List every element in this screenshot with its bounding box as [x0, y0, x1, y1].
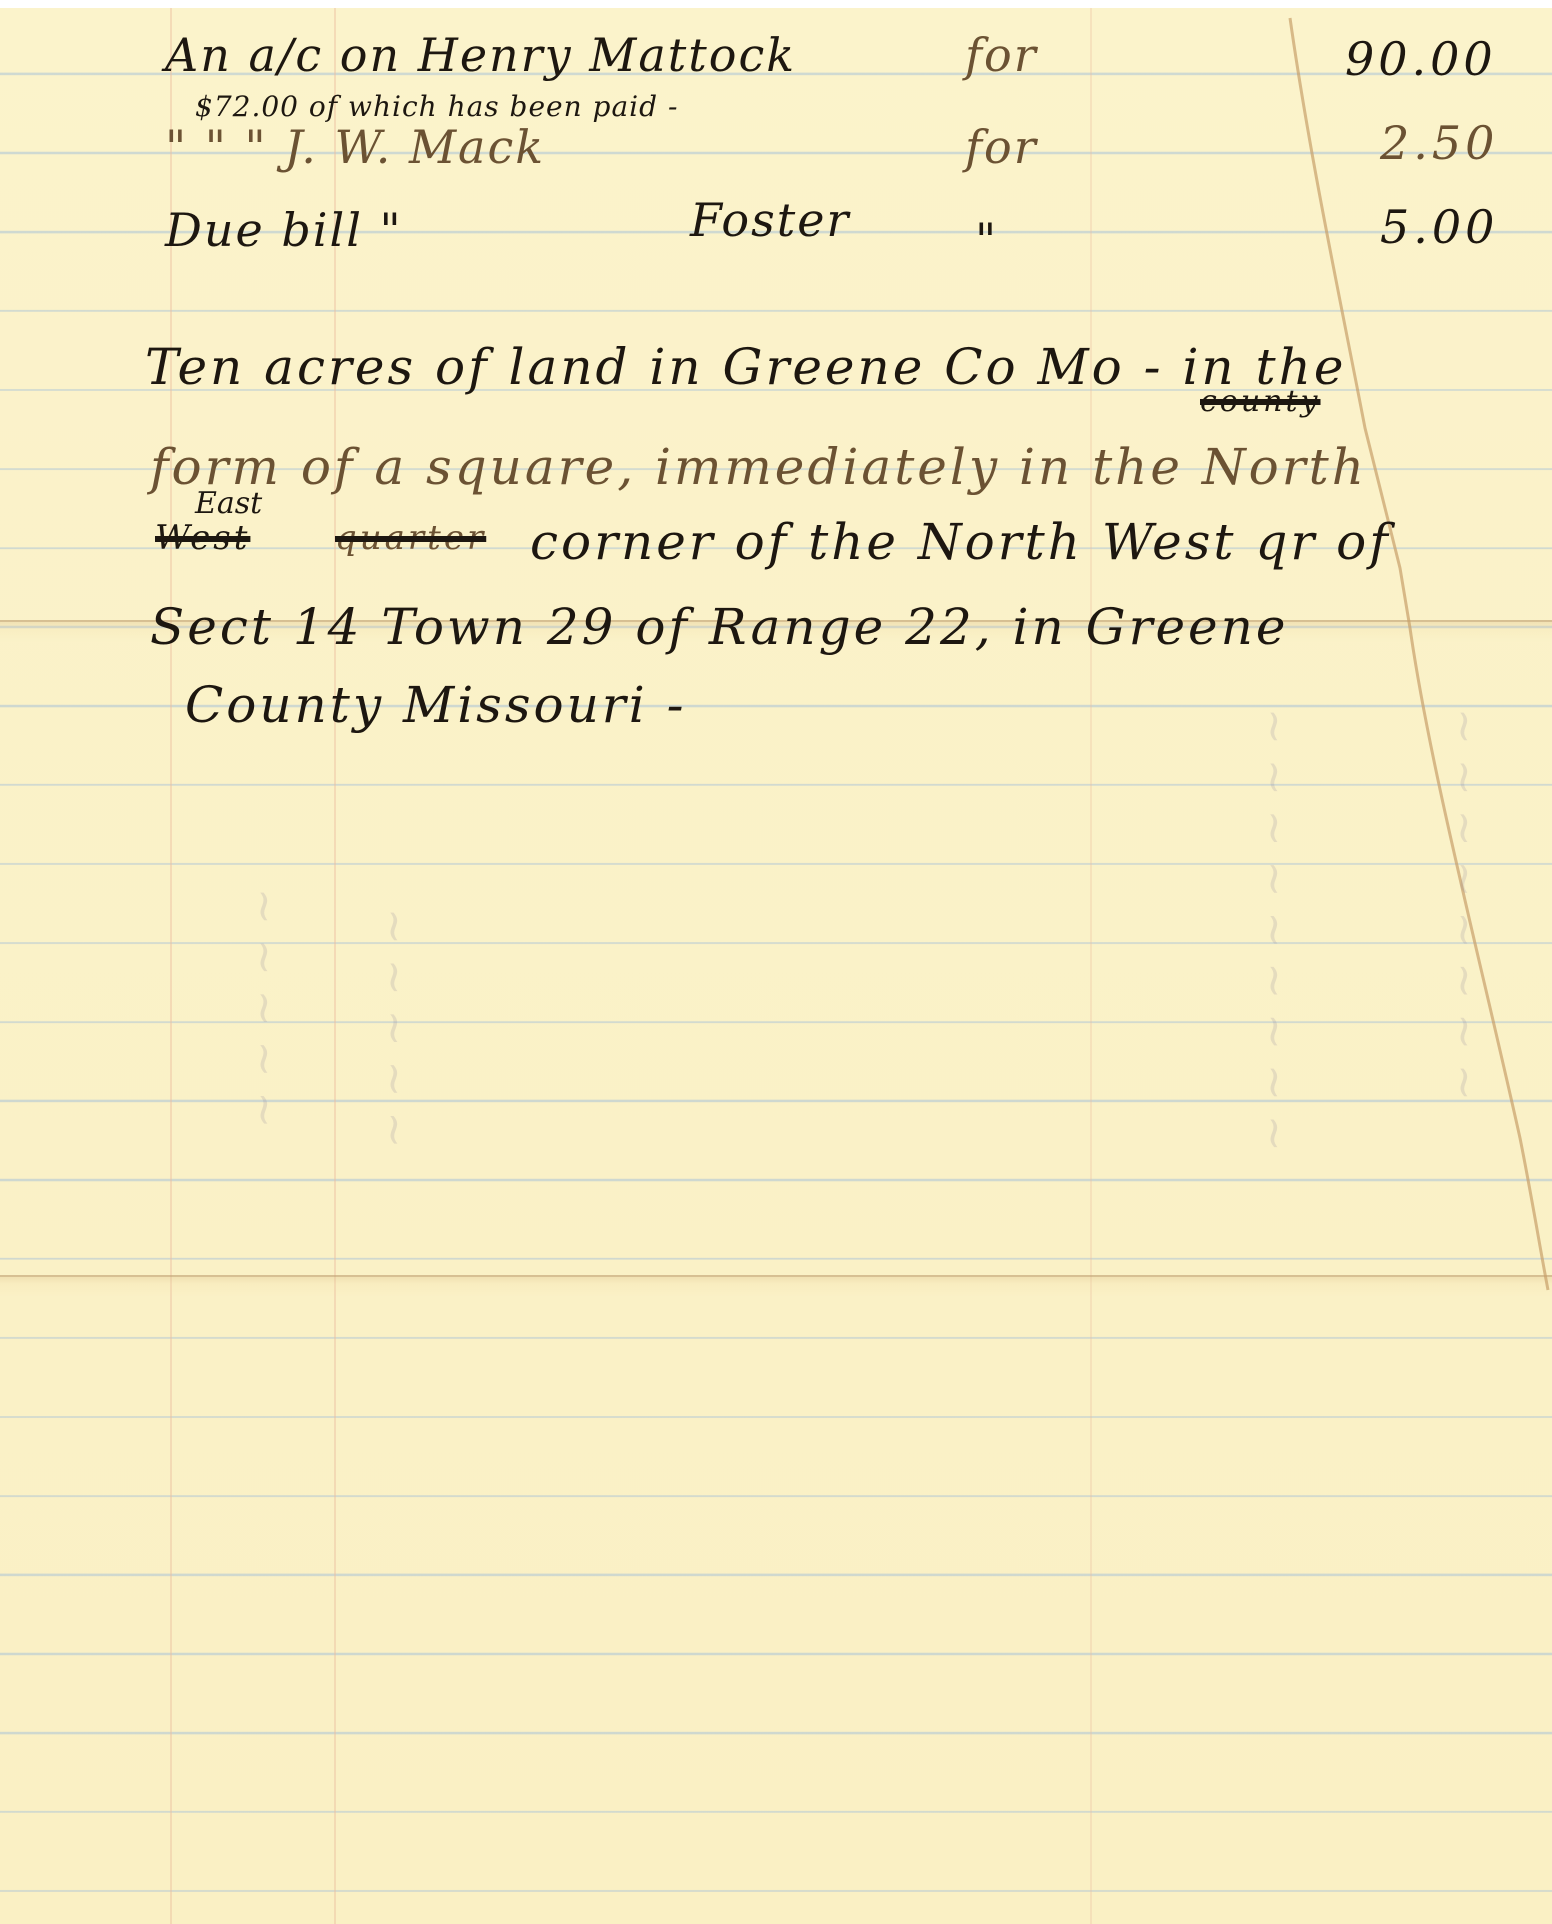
bleed-through-text: ~ ~ ~ ~ ~ ~ ~ ~: [1439, 708, 1490, 1101]
ledger-row-3-amount: 5.00: [1380, 200, 1498, 254]
struck-word-county: county: [1200, 384, 1321, 419]
land-description-line-2: form of a square, immediately in the Nor…: [150, 438, 1367, 496]
land-description-line-4: Sect 14 Town 29 of Range 22, in Greene: [150, 598, 1288, 656]
ledger-row-1-amount: 90.00: [1345, 32, 1497, 86]
ledger-row-1-for: for: [965, 28, 1038, 82]
margin-rule-left: [170, 8, 172, 1924]
inserted-word-east: East: [195, 486, 262, 521]
ledger-row-3-name: Foster: [690, 193, 850, 247]
margin-rule-inner: [334, 8, 336, 1924]
land-description-line-5: County Missouri -: [185, 676, 687, 734]
ledger-row-3-description: Due bill ": [165, 203, 403, 257]
ledger-row-1-description: An a/c on Henry Mattock: [165, 28, 796, 82]
struck-word-quarter: quarter: [335, 518, 486, 558]
bleed-through-text: ~ ~ ~ ~ ~: [239, 888, 290, 1128]
struck-word-west: West: [155, 518, 250, 558]
ledger-row-2-for: for: [965, 120, 1038, 174]
ledger-row-3-for: ": [975, 213, 998, 267]
land-description-line-3: corner of the North West qr of: [530, 513, 1391, 571]
land-description-line-1: Ten acres of land in Greene Co Mo - in t…: [145, 338, 1346, 396]
margin-rule-right: [1090, 8, 1092, 1924]
ledger-row-1-note: $72.00 of which has been paid -: [195, 90, 678, 123]
ledger-row-2-description: " " " J. W. Mack: [165, 120, 545, 174]
ledger-row-2-amount: 2.50: [1380, 116, 1498, 170]
bleed-through-text: ~ ~ ~ ~ ~: [369, 908, 420, 1148]
bleed-through-text: ~ ~ ~ ~ ~ ~ ~ ~ ~: [1249, 708, 1300, 1152]
ledger-page: ~ ~ ~ ~ ~ ~ ~ ~ ~ ~ ~ ~ ~ ~ ~ ~ ~ ~ ~ ~ …: [0, 8, 1552, 1924]
